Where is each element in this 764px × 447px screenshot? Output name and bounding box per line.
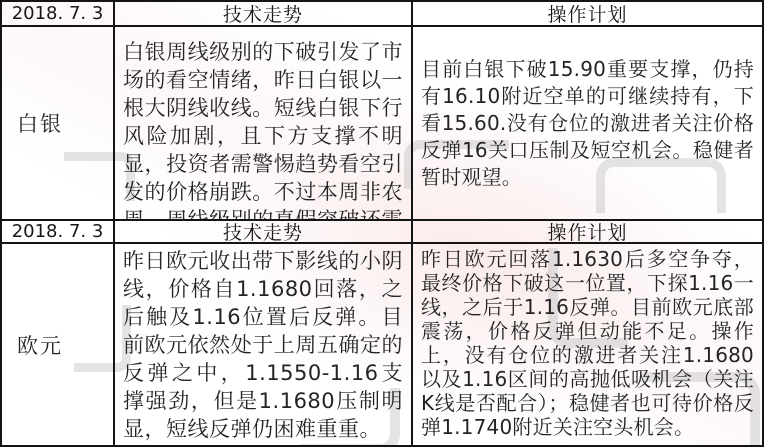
silver-technical-header: 技术走势 [115, 2, 413, 27]
euro-date-header: 2018. 7. 3 [2, 221, 115, 244]
euro-asset-label: 欧元 [2, 244, 115, 445]
analysis-table: 2018. 7. 3 技术走势 操作计划 白银 白银周线级别的下破引发了市场的看… [0, 0, 764, 447]
euro-technical-header: 技术走势 [115, 221, 413, 244]
silver-operation-plan: 目前白银下破15.90重要支撑，仍持有16.10附近空单的可继续持有，下看15.… [413, 27, 762, 221]
silver-asset-label: 白银 [2, 27, 115, 221]
euro-technical-analysis: 昨日欧元收出带下影线的小阴线，价格自1.1680回落，之后触及1.16位置后反弹… [115, 244, 413, 445]
silver-date-header: 2018. 7. 3 [2, 2, 115, 27]
silver-plan-header: 操作计划 [413, 2, 762, 27]
euro-operation-plan: 昨日欧元回落1.1630后多空争夺，最终价格下破这一位置，下探1.16一线，之后… [413, 244, 762, 445]
trading-analysis-page: 2018. 7. 3 技术走势 操作计划 白银 白银周线级别的下破引发了市场的看… [0, 0, 764, 447]
silver-technical-analysis: 白银周线级别的下破引发了市场的看空情绪，昨日白银以一根大阴线收线。短线白银下行风… [115, 27, 413, 221]
euro-plan-header: 操作计划 [413, 221, 762, 244]
